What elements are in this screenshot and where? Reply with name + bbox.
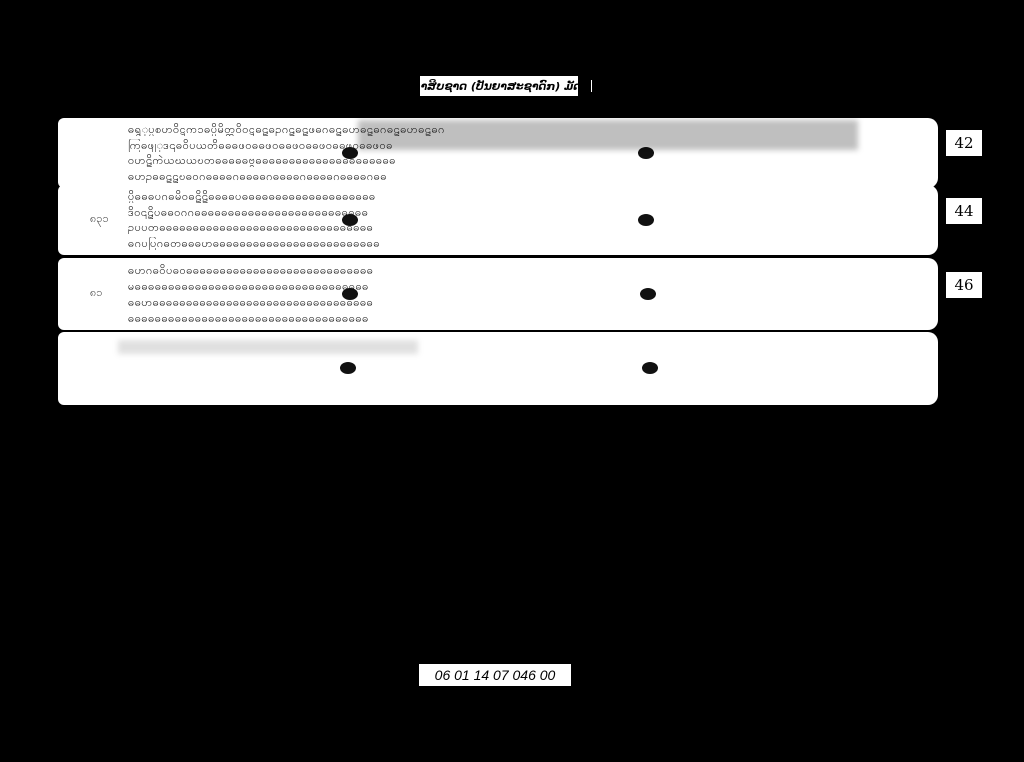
text-line: ဓ​ဓ​ဟ​ဓ​ဓ​ဓ​ဓ​ဓ​ဓ​ဓ​ဓ​ဓ​ဓ​ဓ​ဓ​ဓ​ဓ​ဓ​ဓ​ဓ​… bbox=[128, 296, 930, 309]
string-hole-right bbox=[638, 214, 654, 226]
palm-leaf-1: ဓရွ​ှ​ပ္ပစဟ​ဝိ​ဋ္ဌ​ကၥ​ဓ​ပ္ပိ​မိ​တ္ထ​ဝိ​ဝ… bbox=[58, 118, 938, 188]
string-hole-left bbox=[340, 362, 356, 374]
archive-code-label: 06 01 14 07 046 00 bbox=[419, 664, 571, 686]
string-hole-right bbox=[642, 362, 658, 374]
leaf-text-lines: ပ္ပိ​ဓ​ဓ​ဓ​ပ​ဂ​ဓ​မိ​ဝ​ဓ​ဋိ​ဋိ​ဓ​ဓ​ဓ​ဓ​ပ​… bbox=[128, 189, 930, 251]
string-hole-left bbox=[342, 147, 358, 159]
string-hole-left bbox=[342, 288, 358, 300]
leaf-text-lines: ဓ​ဟ​ဂ​ဓ​ဝိ​ပ​ဓ​ဝ​ဓ​ဓ​ဓ​ဓ​ဓ​ဓ​ဓ​ဓ​ဓ​ဓ​ဓ​ဓ… bbox=[128, 262, 930, 326]
leaf-number: ၈၃၁ bbox=[90, 212, 109, 228]
margin-tick bbox=[591, 80, 592, 92]
leaf-number: ၈၁ bbox=[90, 286, 102, 302]
text-line: မ​ဓ​ဓ​ဓ​ဓ​ဓ​ဓ​ဓ​ဓ​ဓ​ဓ​ဓ​ဓ​ဓ​ဓ​ဓ​ဓ​ဓ​ဓ​ဓ​… bbox=[128, 280, 930, 293]
ink-smudge bbox=[358, 120, 858, 150]
text-line: ဓ​ဟ​ဂ​ဓ​ဝိ​ပ​ဓ​ဝ​ဓ​ဓ​ဓ​ဓ​ဓ​ဓ​ဓ​ဓ​ဓ​ဓ​ဓ​ဓ… bbox=[128, 264, 930, 277]
text-line: ဓ​ဟ​ဥ​ဓ​ဓ​ဋ​ဋ​ဎ​ဓ​ဝ​ဂ​ဓ​ဓ​ဓ​ဓ​ဂ​ဓ​ဓ​ဓ​ဓ​… bbox=[128, 170, 930, 183]
page-number-42: 42 bbox=[946, 130, 982, 156]
manuscript-title-label: ຫ້າສິບຊາດ (ປັນຍາສະຊາດົກ) ມັດ5 bbox=[420, 76, 578, 96]
string-hole-left bbox=[342, 214, 358, 226]
palm-leaf-2: ၈၃၁ ပ္ပိ​ဓ​ဓ​ဓ​ပ​ဂ​ဓ​မိ​ဝ​ဓ​ဋိ​ဋိ​ဓ​ဓ​ဓ​… bbox=[58, 185, 938, 255]
palm-leaf-3: ၈၁ ဓ​ဟ​ဂ​ဓ​ဝိ​ပ​ဓ​ဝ​ဓ​ဓ​ဓ​ဓ​ဓ​ဓ​ဓ​ဓ​ဓ​ဓ​… bbox=[58, 258, 938, 330]
text-line: ဥ​ပ​ပ​တ​ဓ​ဓ​ဓ​ဓ​ဓ​ဓ​ဓ​ဓ​ဓ​ဓ​ဓ​ဓ​ဓ​ဓ​ဓ​ဓ​… bbox=[128, 221, 930, 234]
page-number-46: 46 bbox=[946, 272, 982, 298]
page-number-44: 44 bbox=[946, 198, 982, 224]
text-line: ဒိ​ဝ​ဌ​ဋိ​ပ​ဓ​ဓ​ဝ​ဂ​ဂ​ဓ​ဓ​ဓ​ဓ​ဓ​ဓ​ဓ​ဓ​ဓ​… bbox=[128, 206, 930, 219]
text-line: ဝ​ဟ​ဋိ​ကဲ​ယ​ဃ​ယ​ဎ​တ​ဓ​ဓ​ဓ​ဓ​ဓ​ဗွ​ဓ​ဓ​ဓ​ဓ… bbox=[128, 154, 930, 167]
string-hole-right bbox=[640, 288, 656, 300]
palm-leaf-4-blank bbox=[58, 332, 938, 405]
text-line: ဓ​ဂ​ပ​ပြ​ဂ​ဓ​တ​ဓ​ဓ​ဓ​ဟ​ဓ​ဓ​ဓ​ဓ​ဓ​ဓ​ဓ​ဓ​ဓ… bbox=[128, 237, 930, 250]
text-line: ပ္ပိ​ဓ​ဓ​ဓ​ပ​ဂ​ဓ​မိ​ဝ​ဓ​ဋိ​ဋိ​ဓ​ဓ​ဓ​ဓ​ပ​… bbox=[128, 190, 930, 203]
faint-smudge bbox=[118, 340, 418, 354]
text-line: ဓ​ဓ​ဓ​ဓ​ဓ​ဓ​ဓ​ဓ​ဓ​ဓ​ဓ​ဓ​ဓ​ဓ​ဓ​ဓ​ဓ​ဓ​ဓ​ဓ​… bbox=[128, 312, 930, 325]
